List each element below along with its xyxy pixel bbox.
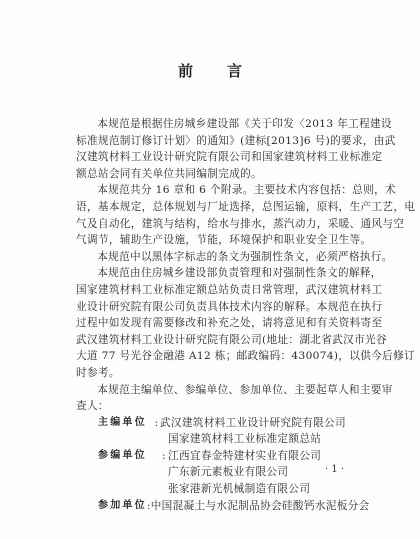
role-label: 参编单位 xyxy=(98,448,162,465)
text-line: 气及自动化，建筑与结构，给水与排水，蒸汽动力，采暖、通风与空 xyxy=(76,216,346,233)
text-line: 标准规范制订修订计划〉的通知》(建标[2013]6 号)的要求，由武 xyxy=(76,133,346,150)
text-line: 汉建筑材料工业设计研究院有限公司和国家建筑材料工业标准定 xyxy=(76,149,346,166)
text-line: 语，基本规定，总体规划与厂址选择，总图运输，原料，生产工艺，电 xyxy=(76,199,346,216)
paragraph-contents: 本规范共分 16 章和 6 个附录。主要技术内容包括：总则，术 语，基本规定，总… xyxy=(76,182,346,248)
role-row-participating-unit: 参加单位:中国混凝土与水泥制品协会硅酸钙水泥板分会 xyxy=(76,498,346,515)
paragraph-roles-intro: 本规范主编单位、参编单位、参加单位、主要起草人和主要审 查人： xyxy=(76,382,346,415)
text-line: 本规范是根据住房城乡建设部《关于印发〈2013 年工程建设 xyxy=(76,116,346,133)
role-unit: 国家建筑材料工业标准定额总站 xyxy=(168,431,321,448)
role-row-continued: 国家建筑材料工业标准定额总站 xyxy=(76,431,346,448)
paragraph-basis: 本规范是根据住房城乡建设部《关于印发〈2013 年工程建设 标准规范制订修订计划… xyxy=(76,116,346,182)
role-row-continued: 张家港新光机械制造有限公司 xyxy=(76,481,346,498)
text-line: 气调节，辅助生产设施，节能，环境保护和职业安全卫生等。 xyxy=(76,232,346,249)
role-unit: 武汉建筑材料工业设计研究院有限公司 xyxy=(160,415,346,432)
text-line: 国家建筑材料工业标准定额总站负责日常管理，武汉建筑材料工 xyxy=(76,282,346,299)
paragraph-mandatory: 本规范中以黑体字标志的条文为强制性条文，必须严格执行。 xyxy=(76,249,346,266)
text-line: 武汉建筑材料工业设计研究院有限公司(地址：湖北省武汉市光谷 xyxy=(76,332,346,349)
text-line: 大道 77 号光谷金融港 A12 栋；邮政编码：430074)，以供今后修订 xyxy=(76,348,346,365)
role-unit: 张家港新光机械制造有限公司 xyxy=(168,481,310,498)
text-line: 时参考。 xyxy=(76,365,346,382)
title-char-1: 前 xyxy=(178,60,193,81)
text-line: 本规范共分 16 章和 6 个附录。主要技术内容包括：总则，术 xyxy=(76,182,346,199)
page-number: · 1 · xyxy=(325,464,344,475)
role-unit: 中国混凝土与水泥制品协会硅酸钙水泥板分会 xyxy=(151,498,370,515)
role-label: 参加单位 xyxy=(98,498,147,515)
roles-list: 主编单位:武汉建筑材料工业设计研究院有限公司 国家建筑材料工业标准定额总站 参编… xyxy=(76,415,346,515)
role-label: 主编单位 xyxy=(98,415,155,432)
text-line: 本规范由住房城乡建设部负责管理和对强制性条文的解释， xyxy=(76,265,346,282)
text-line: 本规范主编单位、参编单位、参加单位、主要起草人和主要审 xyxy=(76,382,346,399)
paragraph-management: 本规范由住房城乡建设部负责管理和对强制性条文的解释， 国家建筑材料工业标准定额总… xyxy=(76,265,346,381)
document-page: 前言 本规范是根据住房城乡建设部《关于印发〈2013 年工程建设 标准规范制订修… xyxy=(0,0,420,539)
text-line: 业设计研究院有限公司负责具体技术内容的解释。本规范在执行 xyxy=(76,299,346,316)
text-line: 本规范中以黑体字标志的条文为强制性条文，必须严格执行。 xyxy=(76,249,346,266)
title-char-2: 言 xyxy=(227,60,242,81)
role-row-participating-editor: 参编单位:江西宜春金特建材实业有限公司 xyxy=(76,448,346,465)
page-title: 前言 xyxy=(0,60,420,81)
role-unit: 江西宜春金特建材实业有限公司 xyxy=(168,448,321,465)
role-row-continued: 广东新元素板业有限公司 xyxy=(76,464,346,481)
preface-body: 本规范是根据住房城乡建设部《关于印发〈2013 年工程建设 标准规范制订修订计划… xyxy=(76,116,346,514)
text-line: 过程中如发现有需要修改和补充之处，请将意见和有关资料寄至 xyxy=(76,315,346,332)
role-unit: 广东新元素板业有限公司 xyxy=(168,464,288,481)
text-line: 额总站会同有关单位共同编制完成的。 xyxy=(76,166,346,183)
role-row-chief-editor: 主编单位:武汉建筑材料工业设计研究院有限公司 xyxy=(76,415,346,432)
text-line: 查人： xyxy=(76,398,346,415)
